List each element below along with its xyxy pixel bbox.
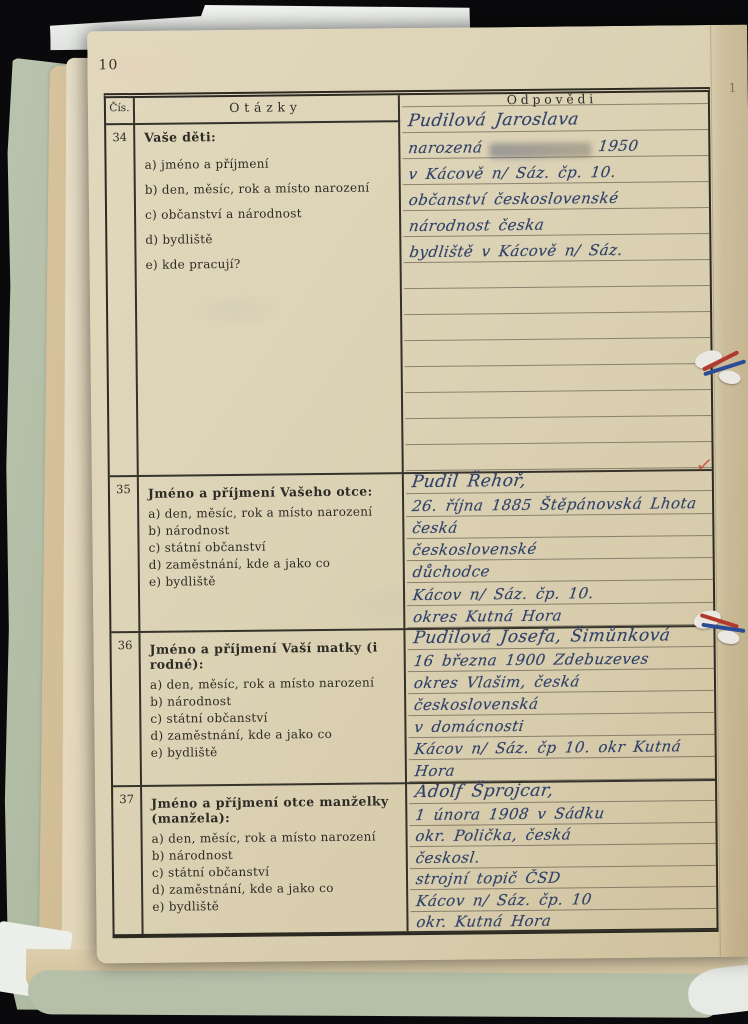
column-header-cislo: Čís. bbox=[106, 102, 133, 114]
answer-line: Adolf Šprojcar, bbox=[409, 779, 717, 804]
handwritten-answer: okres Kutná Hora bbox=[412, 606, 563, 626]
question-item: d) zaměstnání, kde a jako co bbox=[152, 880, 398, 897]
answer-area-37: Adolf Šprojcar, 1 února 1908 v Sádku okr… bbox=[409, 779, 719, 933]
handwritten-answer: důchodce bbox=[412, 563, 492, 582]
answer-line: v Kácově n/ Sáz. čp. 10. bbox=[402, 156, 710, 185]
question-row-35: 35 Jméno a příjmení Vašeho otce: a) den,… bbox=[110, 472, 404, 631]
page-number: 10 bbox=[98, 57, 118, 73]
answer-line: československé bbox=[406, 536, 714, 562]
question-item: c) státní občanství bbox=[152, 863, 398, 880]
handwritten-answer: Pudil Řehoř, bbox=[411, 471, 528, 492]
question-item: a) den, měsíc, rok a místo narození bbox=[152, 829, 398, 846]
question-number: 36 bbox=[111, 638, 138, 652]
question-row-36: 36 Jméno a příjmení Vaší matky (i rodné)… bbox=[111, 628, 405, 785]
question-title: Jméno a příjmení otce manželky (manžela)… bbox=[151, 793, 397, 826]
question-item: c) státní občanství bbox=[148, 538, 394, 555]
questionnaire-table: Čís. Otázky Odpovědi 34 Vaše děti: a) jm… bbox=[104, 87, 719, 938]
question-title: Jméno a příjmení Vaší matky (i rodné): bbox=[150, 639, 396, 672]
question-item: b) národnost bbox=[148, 521, 394, 538]
question-item: a) den, měsíc, rok a místo narození bbox=[150, 675, 396, 692]
question-title: Vaše děti: bbox=[144, 127, 390, 145]
handwritten-answer: Pudilová Josefa, Šimůnková bbox=[412, 625, 672, 648]
question-cell: Jméno a příjmení Vašeho otce: a) den, mě… bbox=[148, 472, 395, 592]
paper-tear bbox=[718, 369, 742, 386]
handwritten-answer: okres Vlašim, česká bbox=[413, 672, 581, 692]
answer-line: okres Kutná Hora bbox=[407, 603, 715, 629]
column-header-otazky: Otázky bbox=[133, 98, 398, 116]
answer-area-36: Pudilová Josefa, Šimůnková 16 března 190… bbox=[407, 625, 717, 782]
answer-line: Kácov n/ Sáz. čp 10. okr Kutná bbox=[409, 735, 717, 760]
handwritten-answer: 16 března 1900 Zdebuzeves bbox=[413, 650, 651, 670]
handwritten-answer: československá bbox=[413, 695, 540, 714]
question-item: b) národnost bbox=[152, 846, 398, 863]
red-checkmark-annotation: ✓ bbox=[694, 452, 715, 478]
handwritten-answer: narozená bbox=[407, 138, 484, 157]
answer-line: důchodce bbox=[407, 558, 715, 584]
handwritten-answer: Kácov n/ Sáz. čp. 10. bbox=[412, 584, 595, 604]
question-cell: Jméno a příjmení Vaší matky (i rodné): a… bbox=[149, 628, 396, 763]
answer-line: československá bbox=[408, 691, 716, 716]
answer-line: 16 března 1900 Zdebuzeves bbox=[408, 647, 716, 672]
answer-line: česká bbox=[406, 514, 714, 540]
question-number: 35 bbox=[110, 482, 137, 496]
ruled-line bbox=[404, 260, 712, 289]
edge-page-mark: 1 bbox=[729, 81, 737, 95]
ruled-line bbox=[404, 312, 712, 341]
answer-line: Pudil Řehoř, bbox=[406, 469, 714, 495]
answer-line: Hora bbox=[409, 757, 717, 782]
ruled-line bbox=[405, 364, 713, 393]
handwritten-answer: v Kácově n/ Sáz. čp. 10. bbox=[407, 163, 617, 183]
question-number: 37 bbox=[113, 792, 140, 806]
answer-line: narozená 1950 bbox=[402, 130, 710, 159]
handwritten-answer: okr. Kutná Hora bbox=[415, 912, 552, 931]
ruled-line bbox=[404, 338, 712, 367]
handwritten-answer: Pudilová Jaroslava bbox=[407, 109, 580, 131]
handwritten-answer: 1950 bbox=[597, 137, 640, 155]
handwritten-answer: československé bbox=[411, 540, 538, 559]
question-item: c) občanství a národnost bbox=[145, 205, 391, 222]
answer-line: Kácov n/ Sáz. čp. 10. bbox=[407, 580, 715, 606]
ruled-line bbox=[405, 442, 713, 471]
answer-line: Pudilová Josefa, Šimůnková bbox=[407, 625, 715, 650]
question-row-37: 37 Jméno a příjmení otce manželky (manže… bbox=[113, 782, 407, 936]
question-item: e) bydliště bbox=[152, 897, 398, 914]
ruled-line bbox=[404, 286, 712, 315]
handwritten-answer: národnost česka bbox=[408, 216, 545, 235]
answer-line: národnost česka bbox=[403, 208, 711, 237]
handwritten-answer: 1 února 1908 v Sádku bbox=[414, 804, 606, 824]
handwritten-answer: strojní topič ČSD bbox=[415, 869, 562, 889]
handwritten-answer: Kácov n/ Sáz. čp. 10 bbox=[415, 890, 593, 910]
question-item: e) bydliště bbox=[149, 572, 395, 589]
question-item: d) zaměstnání, kde a jako co bbox=[150, 726, 396, 743]
question-item: c) státní občanství bbox=[150, 709, 396, 726]
redaction-blur bbox=[490, 142, 592, 158]
question-row-34: 34 Vaše děti: a) jméno a příjmení b) den… bbox=[106, 120, 402, 475]
question-cell: Vaše děti: a) jméno a příjmení b) den, m… bbox=[144, 120, 392, 283]
question-title: Jméno a příjmení Vašeho otce: bbox=[148, 483, 394, 501]
handwritten-answer: Hora bbox=[414, 762, 457, 780]
binding-string-bottom bbox=[691, 605, 748, 658]
answer-line: 26. října 1885 Štěpánovská Lhota bbox=[406, 491, 714, 517]
handwritten-answer: Kácov n/ Sáz. čp 10. okr Kutná bbox=[414, 737, 683, 758]
handwritten-answer: českosl. bbox=[415, 848, 482, 867]
answer-line: občanství československé bbox=[403, 182, 711, 211]
question-item: e) kde pracují? bbox=[146, 255, 392, 272]
ruled-line bbox=[405, 390, 713, 419]
answer-line: v domácnosti bbox=[408, 713, 716, 738]
question-item: a) den, měsíc, rok a místo narození bbox=[148, 504, 394, 521]
question-item: b) den, měsíc, rok a místo narození bbox=[145, 180, 391, 197]
ruled-line bbox=[402, 78, 710, 107]
handwritten-answer: 26. října 1885 Štěpánovská Lhota bbox=[411, 494, 698, 515]
ruled-line bbox=[405, 416, 713, 445]
handwritten-answer: česká bbox=[411, 518, 459, 537]
question-item: b) národnost bbox=[150, 692, 396, 709]
answer-line: Pudilová Jaroslava bbox=[402, 104, 710, 133]
handwritten-answer: občanství československé bbox=[408, 189, 620, 209]
handwritten-answer: bydliště v Kácově n/ Sáz. bbox=[408, 241, 624, 261]
handwritten-answer: Adolf Šprojcar, bbox=[414, 781, 555, 802]
question-item: a) jméno a příjmení bbox=[144, 155, 390, 172]
under-page-bottom-green bbox=[28, 970, 718, 1018]
question-number: 34 bbox=[106, 130, 133, 144]
answer-line: okr. Kutná Hora bbox=[410, 908, 718, 933]
handwritten-answer: okr. Polička, česká bbox=[414, 825, 572, 845]
question-item: d) bydliště bbox=[145, 230, 391, 247]
question-item: e) bydliště bbox=[151, 743, 397, 760]
answer-area-34: Pudilová Jaroslava narozená 1950 v Kácov… bbox=[402, 78, 714, 471]
binding-string-top bbox=[692, 345, 748, 398]
question-item: d) zaměstnání, kde a jako co bbox=[149, 555, 395, 572]
handwritten-answer: v domácnosti bbox=[413, 717, 525, 736]
answer-line: bydliště v Kácově n/ Sáz. bbox=[403, 234, 711, 263]
form-page: 10 1 Čís. Otázky Odpovědi 34 Vaše děti: … bbox=[87, 25, 748, 964]
answer-line: okres Vlašim, česká bbox=[408, 669, 716, 694]
question-cell: Jméno a příjmení otce manželky (manžela)… bbox=[151, 782, 398, 917]
answer-area-35: Pudil Řehoř, 26. října 1885 Štěpánovská … bbox=[406, 469, 716, 628]
